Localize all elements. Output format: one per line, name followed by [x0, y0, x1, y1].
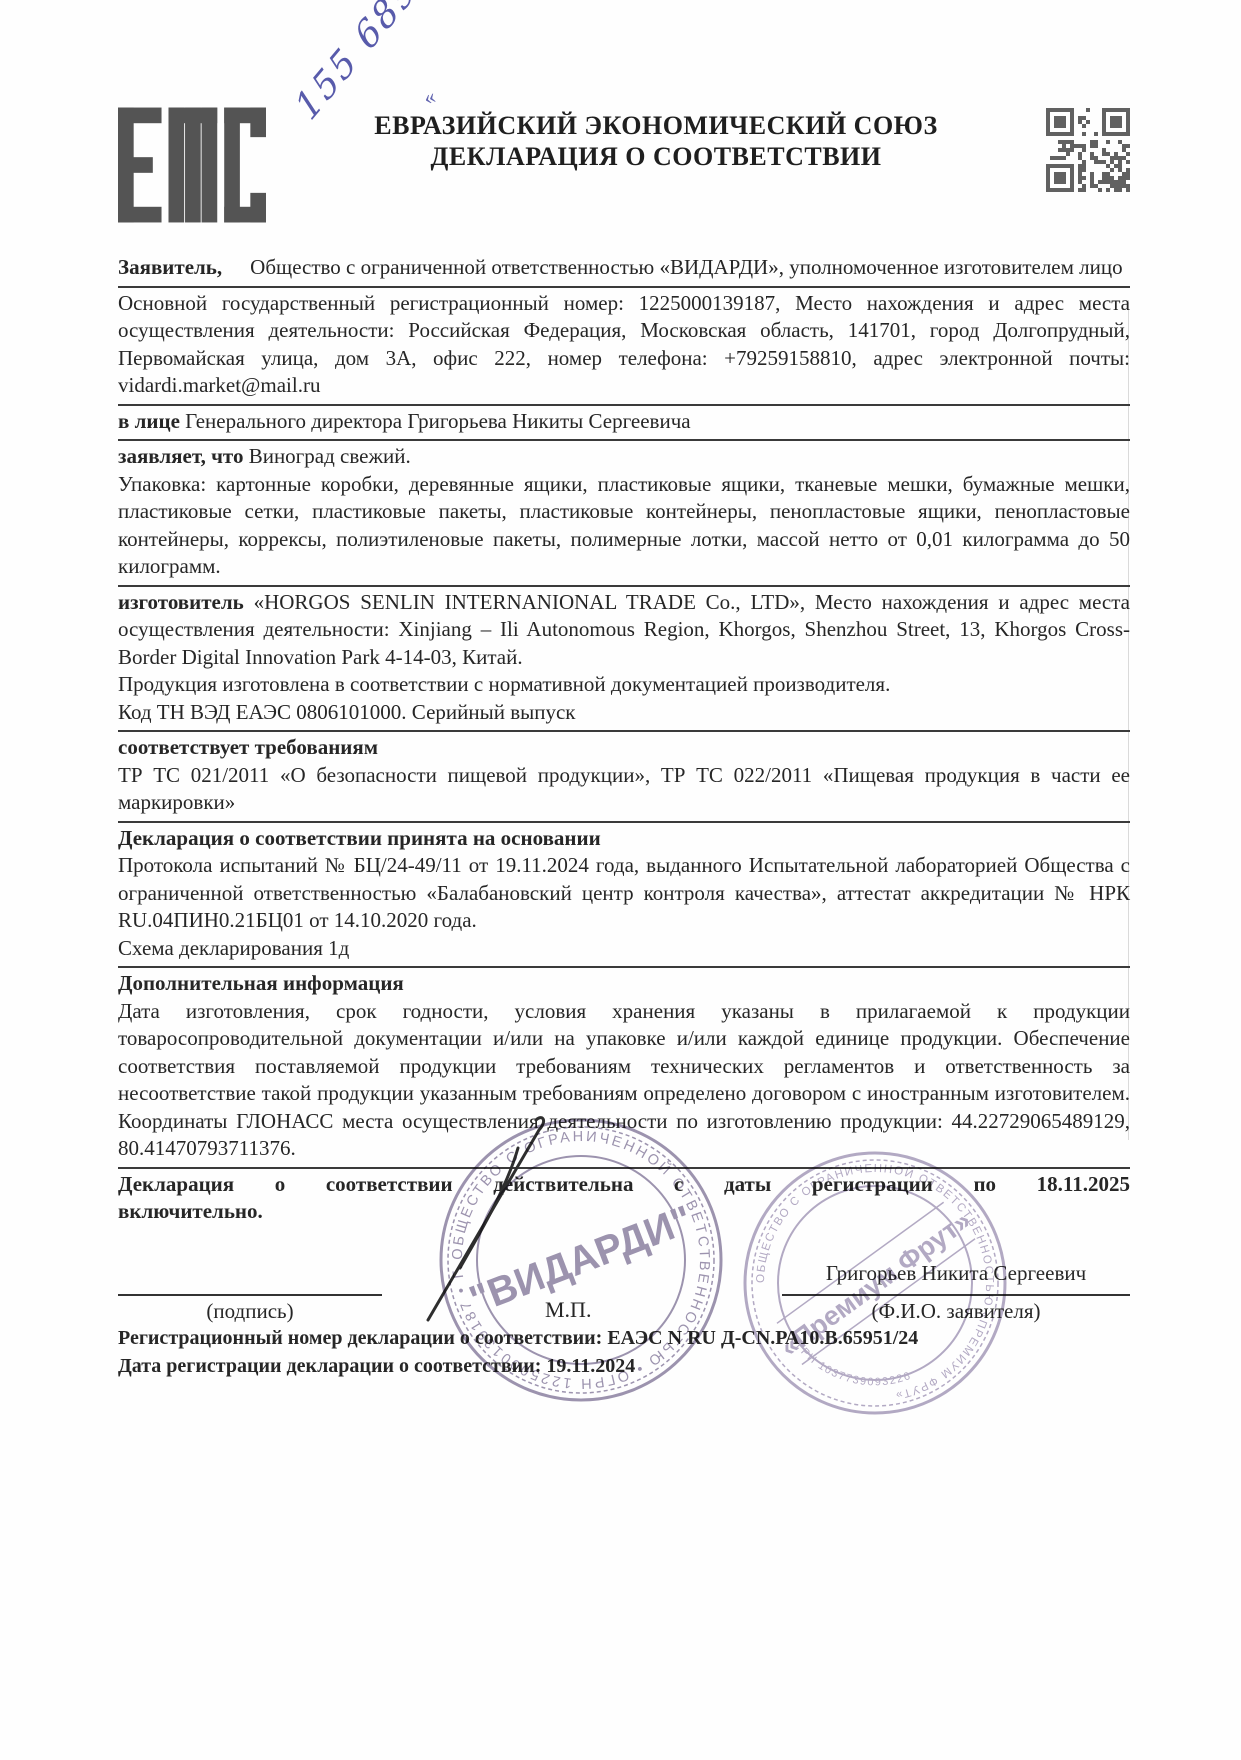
scheme-text: Схема декларирования 1д — [118, 935, 1130, 963]
qr-code-icon — [1046, 108, 1130, 192]
declares-paragraph: заявляет, что Виноград свежий. — [118, 443, 1130, 471]
compliance-label: соответствует требованиям — [118, 734, 1130, 762]
section-declares: заявляет, что Виноград свежий. Упаковка:… — [118, 439, 1130, 585]
applicant-paragraph: Заявитель,Общество с ограниченной ответс… — [118, 254, 1130, 282]
section-applicant: Заявитель,Общество с ограниченной ответс… — [118, 252, 1130, 286]
validity-line2: включительно. — [118, 1198, 1130, 1226]
fio-area: Григорьев Никита Сергеевич (Ф.И.О. заяви… — [782, 1260, 1130, 1326]
in-person-label: в лице — [118, 409, 180, 433]
applicant-details-text: Основной государственный регистрационный… — [118, 290, 1130, 400]
registration-date-line: Дата регистрации декларации о соответств… — [118, 1353, 1130, 1381]
document-body: Заявитель,Общество с ограниченной ответс… — [118, 252, 1130, 1380]
validity-line1: Декларация о соответствии действительна … — [118, 1171, 1130, 1199]
section-applicant-details: Основной государственный регистрационный… — [118, 286, 1130, 404]
section-basis: Декларация о соответствии принята на осн… — [118, 821, 1130, 967]
manufacturer-text: «HORGOS SENLIN INTERNANIONAL TRADE Co., … — [118, 590, 1130, 669]
mp-stamp-label: М.П. — [545, 1260, 591, 1324]
basis-label: Декларация о соответствии принята на осн… — [118, 825, 1130, 853]
signature-space — [118, 1260, 382, 1294]
registration-number-line: Регистрационный номер декларации о соотв… — [118, 1325, 1130, 1353]
document-page: 155 689 « ЕВРАЗИЙСКИЙ ЭКОНОМИЧЕСКИЙ СОЮЗ… — [0, 0, 1241, 1760]
title-line2: ДЕКЛАРАЦИЯ О СООТВЕТСТВИИ — [266, 141, 1046, 172]
section-additional-info: Дополнительная информация Дата изготовле… — [118, 966, 1130, 1167]
tnved-code-text: Код ТН ВЭД ЕАЭС 0806101000. Серийный вып… — [118, 699, 1130, 727]
manufacturer-paragraph: изготовитель «HORGOS SENLIN INTERNANIONA… — [118, 589, 1130, 672]
signature-caption: (подпись) — [118, 1296, 382, 1326]
product-name: Виноград свежий. — [249, 444, 411, 468]
additional-info-text: Дата изготовления, срок годности, услови… — [118, 998, 1130, 1163]
additional-info-label: Дополнительная информация — [118, 970, 1130, 998]
applicant-label: Заявитель, — [118, 255, 222, 279]
signature-block: (подпись) М.П. Григорьев Никита Сергееви… — [118, 1260, 1130, 1326]
basis-text: Протокола испытаний № БЦ/24-49/11 от 19.… — [118, 852, 1130, 935]
document-title: ЕВРАЗИЙСКИЙ ЭКОНОМИЧЕСКИЙ СОЮЗ ДЕКЛАРАЦИ… — [266, 110, 1046, 172]
section-validity: Декларация о соответствии действительна … — [118, 1167, 1130, 1230]
title-line1: ЕВРАЗИЙСКИЙ ЭКОНОМИЧЕСКИЙ СОЮЗ — [266, 110, 1046, 141]
packaging-text: Упаковка: картонные коробки, деревянные … — [118, 471, 1130, 581]
manufacturer-label: изготовитель — [118, 590, 244, 614]
header: ЕВРАЗИЙСКИЙ ЭКОНОМИЧЕСКИЙ СОЮЗ ДЕКЛАРАЦИ… — [118, 100, 1130, 230]
section-in-person: в лице Генерального директора Григорьева… — [118, 404, 1130, 440]
declares-label: заявляет, что — [118, 444, 243, 468]
section-manufacturer: изготовитель «HORGOS SENLIN INTERNANIONA… — [118, 585, 1130, 731]
compliance-text: ТР ТС 021/2011 «О безопасности пищевой п… — [118, 762, 1130, 817]
in-person-paragraph: в лице Генерального директора Григорьева… — [118, 408, 1130, 436]
in-person-text: Генерального директора Григорьева Никиты… — [185, 409, 690, 433]
applicant-fio: Григорьев Никита Сергеевич — [782, 1260, 1130, 1294]
applicant-text: Общество с ограниченной ответственностью… — [250, 255, 1122, 279]
norm-doc-text: Продукция изготовлена в соответствии с н… — [118, 671, 1130, 699]
signature-area: (подпись) — [118, 1260, 382, 1326]
eac-logo-icon — [118, 100, 266, 230]
handwritten-signature — [366, 1110, 551, 1330]
section-compliance: соответствует требованиям ТР ТС 021/2011… — [118, 730, 1130, 821]
fio-caption: (Ф.И.О. заявителя) — [782, 1296, 1130, 1326]
